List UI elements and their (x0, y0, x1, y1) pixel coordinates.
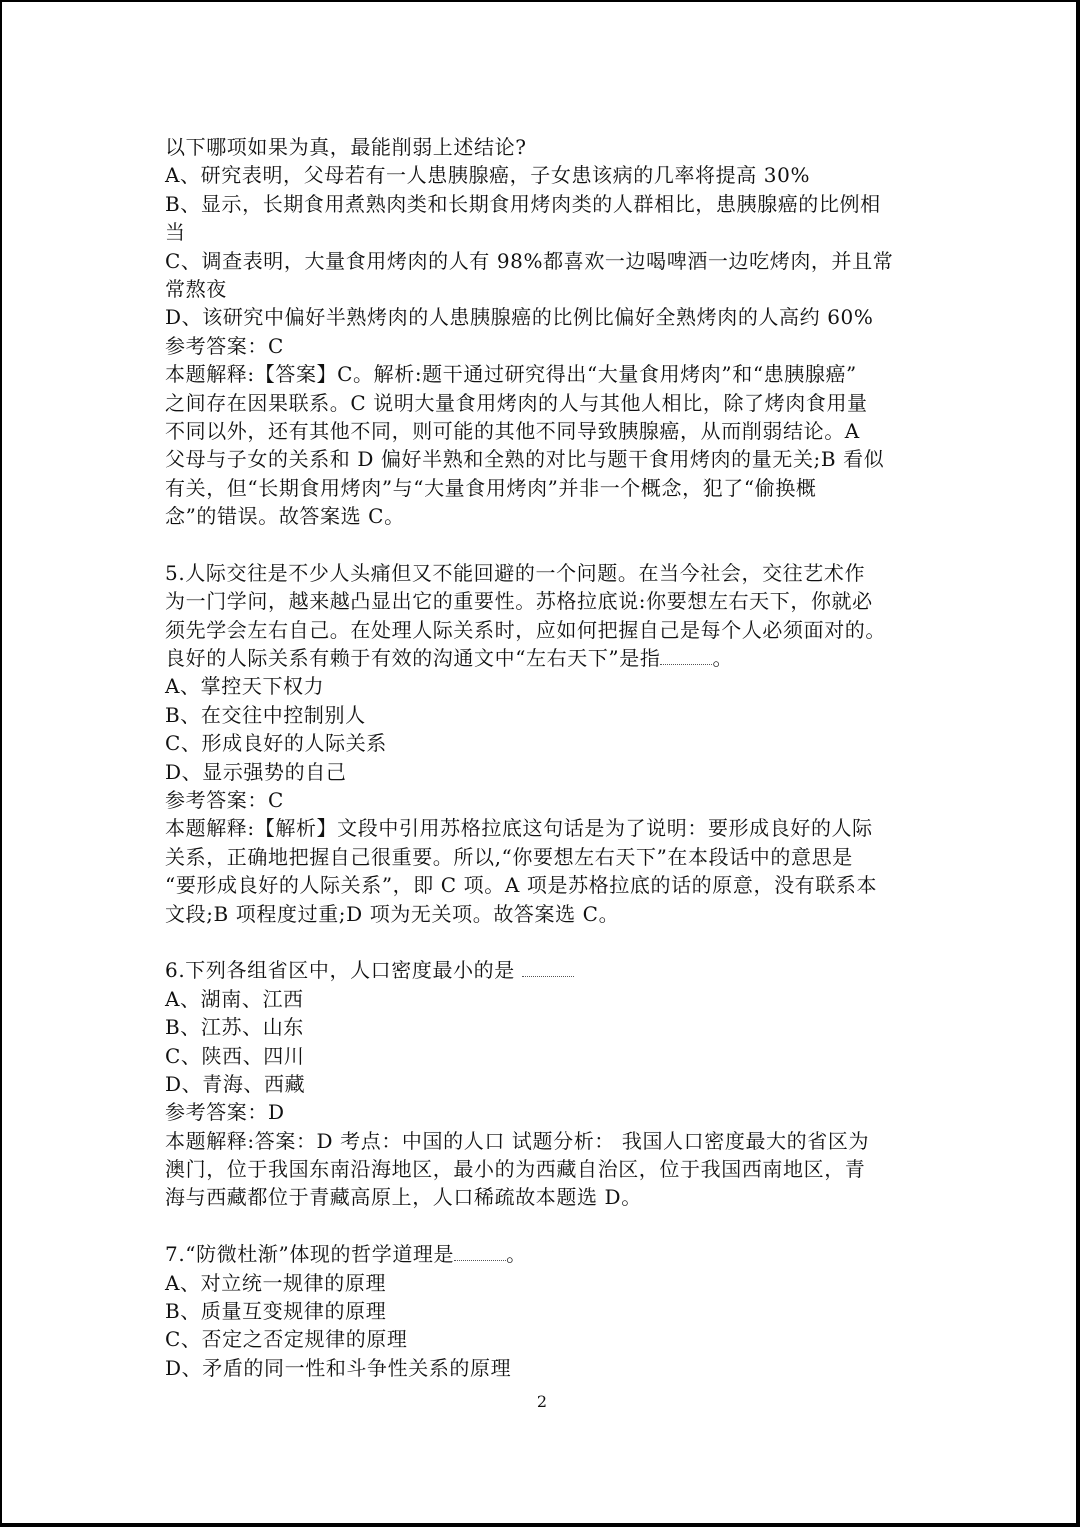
option-c: C、调查表明，大量食用烤肉的人有 98%都喜欢一边喝啤酒一边吃烤肉，并且常 (165, 247, 925, 275)
option-b: B、在交往中控制别人 (165, 701, 925, 729)
answer-blank (522, 958, 574, 977)
explanation-line: 澳门，位于我国东南沿海地区，最小的为西藏自治区，位于我国西南地区，青 (165, 1155, 925, 1183)
stem-text: 。 (712, 646, 733, 670)
stem-text: 。 (506, 1242, 527, 1266)
option-c-cont: 常熬夜 (165, 275, 925, 303)
spacer (165, 928, 925, 956)
explanation-line: 文段;B 项程度过重;D 项为无关项。故答案选 C。 (165, 900, 925, 928)
option-c: C、否定之否定规律的原理 (165, 1325, 925, 1353)
stem-text: 7.“防微杜渐”体现的哲学道理是 (165, 1242, 454, 1266)
option-a: A、湖南、江西 (165, 985, 925, 1013)
spacer (165, 1212, 925, 1240)
explanation-line: 念”的错误。故答案选 C。 (165, 502, 925, 530)
option-b: B、江苏、山东 (165, 1013, 925, 1041)
option-c: C、陕西、四川 (165, 1042, 925, 1070)
option-a: A、对立统一规律的原理 (165, 1269, 925, 1297)
question-stem-last: 良好的人际关系有赖于有效的沟通文中“左右天下”是指。 (165, 644, 925, 672)
question-stem: 须先学会左右自己。在处理人际关系时，应如何把握自己是每个人必须面对的。 (165, 616, 925, 644)
explanation-line: 本题解释:【答案】C。解析:题干通过研究得出“大量食用烤肉”和“患胰腺癌” (165, 360, 925, 388)
option-b-cont: 当 (165, 218, 925, 246)
option-d: D、矛盾的同一性和斗争性关系的原理 (165, 1354, 925, 1382)
question-4: 以下哪项如果为真，最能削弱上述结论? A、研究表明，父母若有一人患胰腺癌，子女患… (165, 133, 925, 530)
explanation-line: 不同以外，还有其他不同，则可能的其他不同导致胰腺癌，从而削弱结论。A (165, 417, 925, 445)
question-stem: 5.人际交往是不少人头痛但又不能回避的一个问题。在当今社会，交往艺术作 (165, 559, 925, 587)
question-7: 7.“防微杜渐”体现的哲学道理是。 A、对立统一规律的原理 B、质量互变规律的原… (165, 1240, 925, 1382)
option-d: D、该研究中偏好半熟烤肉的人患胰腺癌的比例比偏好全熟烤肉的人高约 60% (165, 303, 925, 331)
explanation-line: 有关，但“长期食用烤肉”与“大量食用烤肉”并非一个概念，犯了“偷换概 (165, 474, 925, 502)
option-d: D、显示强势的自己 (165, 758, 925, 786)
explanation-line: “要形成良好的人际关系”，即 C 项。A 项是苏格拉底的话的原意，没有联系本 (165, 871, 925, 899)
question-stem: 以下哪项如果为真，最能削弱上述结论? (165, 133, 925, 161)
question-stem: 为一门学问，越来越凸显出它的重要性。苏格拉底说:你要想左右天下，你就必 (165, 587, 925, 615)
answer-blank (660, 646, 712, 665)
page-content: 以下哪项如果为真，最能削弱上述结论? A、研究表明，父母若有一人患胰腺癌，子女患… (165, 133, 925, 1382)
option-b: B、显示，长期食用煮熟肉类和长期食用烤肉类的人群相比，患胰腺癌的比例相 (165, 190, 925, 218)
question-stem: 6.下列各组省区中，人口密度最小的是 (165, 956, 925, 984)
document-page: 以下哪项如果为真，最能削弱上述结论? A、研究表明，父母若有一人患胰腺癌，子女患… (0, 0, 1080, 1527)
answer: 参考答案：D (165, 1098, 925, 1126)
option-d: D、青海、西藏 (165, 1070, 925, 1098)
option-a: A、掌控天下权力 (165, 672, 925, 700)
option-b: B、质量互变规律的原理 (165, 1297, 925, 1325)
option-a: A、研究表明，父母若有一人患胰腺癌，子女患该病的几率将提高 30% (165, 161, 925, 189)
stem-text: 6.下列各组省区中，人口密度最小的是 (165, 958, 522, 982)
spacer (165, 530, 925, 558)
explanation-line: 本题解释:【解析】文段中引用苏格拉底这句话是为了说明：要形成良好的人际 (165, 814, 925, 842)
explanation-line: 之间存在因果联系。C 说明大量食用烤肉的人与其他人相比，除了烤肉食用量 (165, 389, 925, 417)
explanation-line: 父母与子女的关系和 D 偏好半熟和全熟的对比与题干食用烤肉的量无关;B 看似 (165, 445, 925, 473)
stem-text: 良好的人际关系有赖于有效的沟通文中“左右天下”是指 (165, 646, 660, 670)
answer: 参考答案：C (165, 786, 925, 814)
page-number: 2 (2, 1392, 1080, 1411)
option-c: C、形成良好的人际关系 (165, 729, 925, 757)
question-5: 5.人际交往是不少人头痛但又不能回避的一个问题。在当今社会，交往艺术作 为一门学… (165, 559, 925, 928)
explanation-line: 海与西藏都位于青藏高原上，人口稀疏故本题选 D。 (165, 1183, 925, 1211)
explanation-line: 关系，正确地把握自己很重要。所以,“你要想左右天下”在本段话中的意思是 (165, 843, 925, 871)
answer: 参考答案：C (165, 332, 925, 360)
explanation-line: 本题解释:答案：D 考点：中国的人口 试题分析： 我国人口密度最大的省区为 (165, 1127, 925, 1155)
question-6: 6.下列各组省区中，人口密度最小的是 A、湖南、江西 B、江苏、山东 C、陕西、… (165, 956, 925, 1212)
question-stem: 7.“防微杜渐”体现的哲学道理是。 (165, 1240, 925, 1268)
answer-blank (454, 1242, 506, 1261)
